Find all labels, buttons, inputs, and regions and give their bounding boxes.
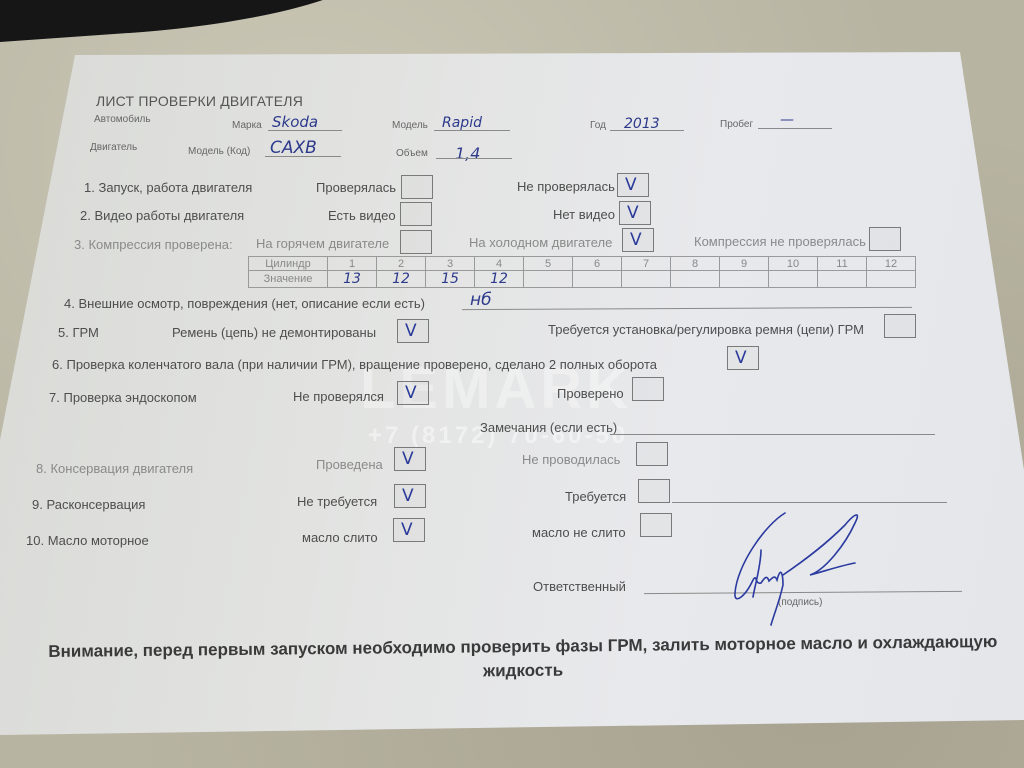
item-10-opt1-label: масло слито	[302, 530, 378, 545]
item-1-opt1-label: Проверялась	[316, 180, 396, 195]
item-4-value[interactable]: нб	[470, 290, 492, 310]
item-2-label: 2. Видео работы двигателя	[80, 208, 244, 223]
cylinder-row: Цилиндр 1 2 3 4 5 6 7 8 9 10 11 12	[249, 257, 916, 271]
item-6-label: 6. Проверка коленчатого вала (при наличи…	[52, 357, 657, 372]
item-5-opt2-checkbox[interactable]	[884, 314, 916, 338]
item-5-opt2-label: Требуется установка/регулировка ремня (ц…	[548, 322, 864, 337]
item-8-opt2-checkbox[interactable]	[636, 442, 668, 466]
model-value: Rapid	[442, 115, 482, 131]
item-3-opt1-label: На горячем двигателе	[256, 236, 389, 251]
item-3-opt2-label: На холодном двигателе	[469, 235, 612, 250]
engine-label: Двигатель	[90, 142, 137, 153]
volume-value: 1,4	[455, 144, 480, 163]
mileage-value: —	[780, 112, 794, 128]
item-2-opt2-checkbox[interactable]: V	[619, 201, 651, 225]
check-mark-icon: V	[735, 348, 747, 368]
cyl-1-value[interactable]: 13	[343, 271, 361, 287]
model-label: Модель	[392, 120, 428, 131]
item-5-opt1-label: Ремень (цепь) не демонтированы	[172, 325, 376, 340]
check-mark-icon: V	[625, 175, 637, 195]
item-1-opt1-checkbox[interactable]	[401, 175, 433, 199]
item-7-opt1-checkbox[interactable]: V	[397, 381, 429, 405]
cyl-2-value[interactable]: 12	[392, 271, 410, 287]
check-mark-icon: V	[405, 321, 417, 341]
item-3-opt1-checkbox[interactable]	[400, 230, 432, 254]
item-8-opt1-checkbox[interactable]: V	[394, 447, 426, 471]
sheet-title: ЛИСТ ПРОВЕРКИ ДВИГАТЕЛЯ	[96, 93, 303, 109]
item-9-label: 9. Расконсервация	[32, 497, 145, 512]
item-7-opt2-label: Проверено	[557, 386, 624, 401]
item-2-opt2-label: Нет видео	[553, 207, 615, 222]
item-3-opt3-label: Компрессия не проверялась	[694, 234, 866, 249]
item-2-opt1-label: Есть видео	[328, 208, 396, 223]
inspection-sheet: LEMARK +7 (8172) 70-60-50 ЛИСТ ПРОВЕРКИ …	[0, 0, 1024, 768]
cyl-4-value[interactable]: 12	[490, 271, 508, 287]
year-label: Год	[590, 120, 606, 131]
item-2-opt1-checkbox[interactable]	[400, 202, 432, 226]
background-object	[0, 0, 383, 45]
engine-code-label: Модель (Код)	[188, 146, 250, 157]
signature-icon	[725, 505, 875, 630]
item-10-opt1-checkbox[interactable]: V	[393, 518, 425, 542]
item-3-opt2-checkbox[interactable]: V	[622, 228, 654, 252]
item-9-opt2-label: Требуется	[565, 489, 626, 504]
car-label: Автомобиль	[94, 114, 151, 125]
item-3-label: 3. Компрессия проверена:	[74, 237, 233, 252]
item-1-opt2-checkbox[interactable]: V	[617, 173, 649, 197]
item-6-checkbox[interactable]: V	[727, 346, 759, 370]
item-7-label: 7. Проверка эндоскопом	[49, 390, 197, 405]
item-9-opt1-checkbox[interactable]: V	[394, 484, 426, 508]
make-value: Skoda	[272, 113, 318, 131]
volume-label: Объем	[396, 148, 428, 159]
check-mark-icon: V	[401, 520, 413, 540]
value-row: Значение 13 12 15 12	[249, 271, 916, 288]
check-mark-icon: V	[630, 230, 642, 250]
item-1-label: 1. Запуск, работа двигателя	[84, 180, 252, 195]
check-mark-icon: V	[627, 203, 639, 223]
item-7-remarks-label: Замечания (если есть)	[480, 420, 617, 435]
cyl-3-value[interactable]: 15	[441, 271, 459, 287]
warning-note: Внимание, перед первым запуском необходи…	[48, 630, 998, 688]
item-8-opt2-label: Не проводилась	[522, 452, 620, 467]
item-8-label: 8. Консервация двигателя	[36, 461, 193, 476]
check-mark-icon: V	[405, 383, 417, 403]
compression-table: Цилиндр 1 2 3 4 5 6 7 8 9 10 11 12 Значе…	[248, 256, 916, 288]
item-5-opt1-checkbox[interactable]: V	[397, 319, 429, 343]
check-mark-icon: V	[402, 449, 414, 469]
item-1-opt2-label: Не проверялась	[517, 179, 615, 194]
item-10-opt2-checkbox[interactable]	[640, 513, 672, 537]
make-label: Марка	[232, 120, 262, 131]
item-7-opt2-checkbox[interactable]	[632, 377, 664, 401]
item-10-opt2-label: масло не слито	[532, 525, 626, 540]
item-3-opt3-checkbox[interactable]	[869, 227, 901, 251]
item-5-label: 5. ГРМ	[58, 325, 99, 340]
item-7-opt1-label: Не проверялся	[293, 389, 384, 404]
mileage-label: Пробег	[720, 119, 753, 130]
item-10-label: 10. Масло моторное	[26, 533, 149, 548]
item-9-opt1-label: Не требуется	[297, 494, 377, 509]
item-8-opt1-label: Проведена	[316, 457, 383, 472]
check-mark-icon: V	[402, 486, 414, 506]
responsible-label: Ответственный	[533, 579, 626, 594]
item-4-label: 4. Внешние осмотр, повреждения (нет, опи…	[64, 296, 425, 311]
item-9-opt2-checkbox[interactable]	[638, 479, 670, 503]
engine-code-value: CAXB	[270, 138, 317, 158]
